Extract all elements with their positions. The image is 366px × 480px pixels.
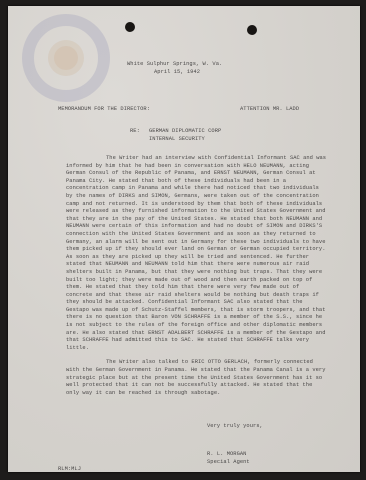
closing: Very truly yours, bbox=[207, 423, 263, 431]
signer-name: R. L. MORGAN bbox=[207, 451, 246, 459]
paragraph-2: The Writer also talked to ERIC OTTO GERL… bbox=[66, 359, 328, 397]
document-page: White Sulphur Springs, W. Va. April 15, … bbox=[8, 6, 360, 472]
punch-hole-left bbox=[125, 22, 135, 32]
memo-body: The Writer had an interview with Confide… bbox=[66, 155, 328, 397]
subject-line-2: INTERNAL SECURITY bbox=[149, 136, 205, 144]
heading-date: April 15, 1942 bbox=[154, 69, 200, 77]
subject-line-1: GERMAN DIPLOMATIC CORP bbox=[149, 128, 221, 136]
seal-stamp-icon bbox=[22, 14, 110, 102]
punch-hole-right bbox=[247, 25, 257, 35]
addressee: MEMORANDUM FOR THE DIRECTOR: bbox=[58, 106, 150, 114]
attention-line: ATTENTION MR. LADD bbox=[240, 106, 299, 114]
heading-place: White Sulphur Springs, W. Va. bbox=[127, 61, 222, 69]
subject-label: RE: bbox=[130, 128, 140, 136]
paragraph-1: The Writer had an interview with Confide… bbox=[66, 155, 328, 352]
signer-title: Special Agent bbox=[207, 459, 250, 467]
typist-initials: RLM:MLJ bbox=[58, 466, 81, 474]
